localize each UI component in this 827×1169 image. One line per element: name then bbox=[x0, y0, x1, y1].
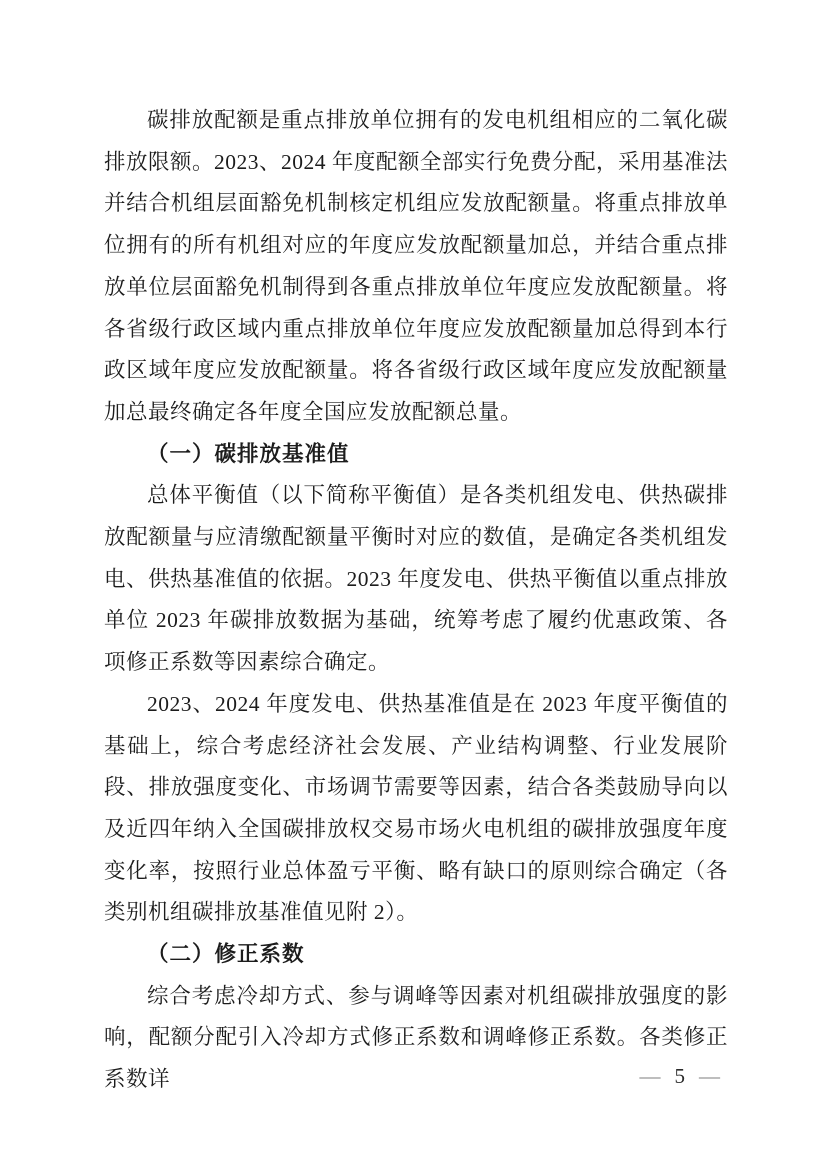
paragraph-correction-factor: 综合考虑冷却方式、参与调峰等因素对机组碳排放强度的影响，配额分配引入冷却方式修正… bbox=[104, 976, 728, 1101]
document-page: 碳排放配额是重点排放单位拥有的发电机组相应的二氧化碳排放限额。2023、2024… bbox=[0, 0, 827, 1169]
section-heading-benchmark: （一）碳排放基准值 bbox=[104, 434, 728, 476]
paragraph-allocation-overview: 碳排放配额是重点排放单位拥有的发电机组相应的二氧化碳排放限额。2023、2024… bbox=[104, 100, 728, 434]
section-heading-correction-factor: （二）修正系数 bbox=[104, 934, 728, 976]
document-body: 碳排放配额是重点排放单位拥有的发电机组相应的二氧化碳排放限额。2023、2024… bbox=[104, 100, 728, 1101]
page-number: — 5 — bbox=[640, 1062, 721, 1090]
page-number-left-dash: — bbox=[640, 1062, 661, 1090]
page-number-value: 5 bbox=[675, 1062, 686, 1090]
page-number-right-dash: — bbox=[699, 1062, 720, 1090]
paragraph-balance-value: 总体平衡值（以下简称平衡值）是各类机组发电、供热碳排放配额量与应清缴配额量平衡时… bbox=[104, 475, 728, 684]
paragraph-benchmark-determination: 2023、2024 年度发电、供热基准值是在 2023 年度平衡值的基础上，综合… bbox=[104, 684, 728, 934]
